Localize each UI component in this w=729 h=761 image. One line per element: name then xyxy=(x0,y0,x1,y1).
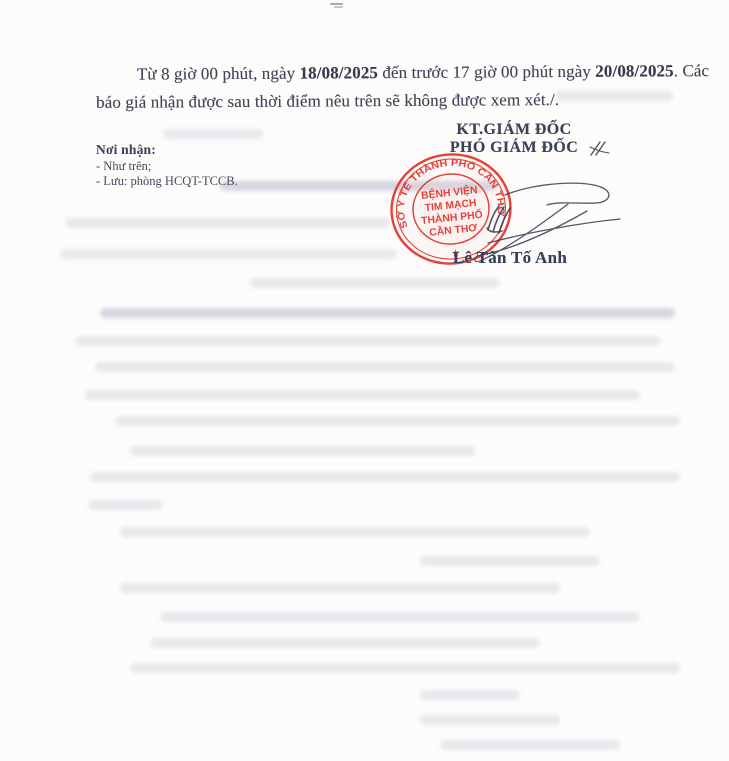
start-date: 18/08/2025 xyxy=(299,63,378,82)
bleedthrough-text-line xyxy=(120,527,590,537)
acting-director-title: KT.GIÁM ĐỐC xyxy=(428,121,600,139)
bleedthrough-text-line xyxy=(420,690,520,700)
signature-stroke xyxy=(493,207,504,232)
bleedthrough-text-line xyxy=(65,218,390,228)
bleedthrough-text-line xyxy=(115,416,680,426)
scanned-document-page: Từ 8 giờ 00 phút, ngày 18/08/2025 đến tr… xyxy=(0,0,729,761)
bleedthrough-text-line xyxy=(60,249,397,259)
paragraph-line-1: Từ 8 giờ 00 phút, ngày 18/08/2025 đến tr… xyxy=(96,57,700,89)
paragraph-line-2: báo giá nhận được sau thời điểm nêu trên… xyxy=(96,85,700,117)
bleedthrough-text-line xyxy=(130,663,680,673)
bleedthrough-text-line xyxy=(85,390,640,400)
scan-artifact xyxy=(330,3,346,11)
bleedthrough-text-line xyxy=(120,583,560,593)
body-paragraph: Từ 8 giờ 00 phút, ngày 18/08/2025 đến tr… xyxy=(96,57,700,117)
recipients-title: Nơi nhận: xyxy=(96,142,326,158)
recipient-item: - Như trên; xyxy=(96,160,326,174)
bleedthrough-text-line xyxy=(420,715,560,725)
bleedthrough-text-line xyxy=(95,362,675,372)
bleedthrough-text-line xyxy=(75,336,660,346)
bleedthrough-text-line xyxy=(150,638,540,648)
bleedthrough-text-line xyxy=(160,612,640,622)
bleedthrough-text-line xyxy=(90,472,680,482)
signature-sweep xyxy=(488,219,620,243)
bleedthrough-text-line xyxy=(130,446,475,456)
recipients-block: Nơi nhận: - Như trên; - Lưu: phòng HCQT-… xyxy=(96,142,326,188)
recipient-item: - Lưu: phòng HCQT-TCCB. xyxy=(96,175,326,189)
initials-flourish xyxy=(588,140,614,157)
bleedthrough-text-line xyxy=(440,740,620,750)
end-date: 20/08/2025 xyxy=(595,61,674,80)
bleedthrough-text-line xyxy=(163,129,263,139)
bleedthrough-text-line xyxy=(100,308,675,318)
bleedthrough-text-line xyxy=(88,500,163,510)
signature-loop xyxy=(505,183,609,205)
bleedthrough-text-line xyxy=(420,556,600,566)
flourish-stroke xyxy=(596,142,605,155)
signer-name: Lê Tân Tố Anh xyxy=(430,248,590,268)
